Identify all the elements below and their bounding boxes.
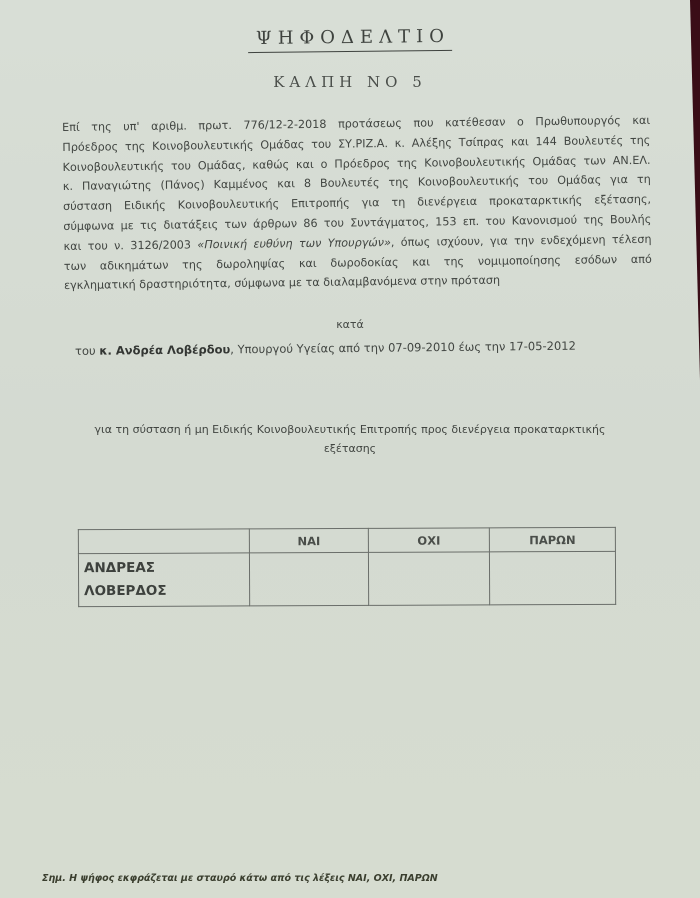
- candidate-name: ΑΝΔΡΕΑΣ ΛΟΒΕΡΔΟΣ: [78, 553, 249, 607]
- law-title: «Ποινική ευθύνη των Υπουργών»: [197, 236, 391, 251]
- proposal-paragraph: Επί της υπ' αριθμ. πρωτ. 776/12-2-2018 π…: [62, 111, 652, 296]
- vote-cell-no[interactable]: [368, 552, 489, 606]
- candidate-last-name: ΛΟΒΕΡΔΟΣ: [84, 579, 249, 603]
- vote-cell-yes[interactable]: [249, 552, 368, 606]
- table-row: ΑΝΔΡΕΑΣ ΛΟΒΕΡΔΟΣ: [78, 551, 615, 606]
- vote-cell-present[interactable]: [489, 551, 615, 605]
- document-title: ΨΗΦΟΔΕΛΤΙΟ: [0, 27, 700, 52]
- vote-table-header-row: ΝΑΙ ΟΧΙ ΠΑΡΩΝ: [78, 527, 615, 553]
- purpose-line: εξέτασης: [40, 439, 660, 458]
- footnote: Σημ. Η ψήφος εκφράζεται με σταυρό κάτω α…: [42, 873, 438, 884]
- document-title-text: ΨΗΦΟΔΕΛΤΙΟ: [248, 26, 452, 53]
- vote-table: ΝΑΙ ΟΧΙ ΠΑΡΩΝ ΑΝΔΡΕΑΣ ΛΟΒΕΡΔΟΣ: [78, 527, 616, 607]
- header-yes: ΝΑΙ: [249, 528, 368, 553]
- ballot-box-number: ΚΑΛΠΗ ΝΟ 5: [0, 73, 700, 91]
- candidate-first-name: ΑΝΔΡΕΑΣ: [84, 556, 249, 580]
- accused-prefix: του: [75, 344, 99, 358]
- against-label: κατά: [0, 318, 700, 331]
- header-present: ΠΑΡΩΝ: [489, 527, 615, 552]
- header-no: ΟΧΙ: [368, 528, 489, 553]
- accused-name: κ. Ανδρέα Λοβέρδου: [99, 342, 230, 357]
- header-blank: [78, 529, 249, 554]
- purpose-line: για τη σύσταση ή μη Ειδικής Κοινοβουλευτ…: [40, 420, 660, 439]
- purpose-text: για τη σύσταση ή μη Ειδικής Κοινοβουλευτ…: [40, 420, 660, 458]
